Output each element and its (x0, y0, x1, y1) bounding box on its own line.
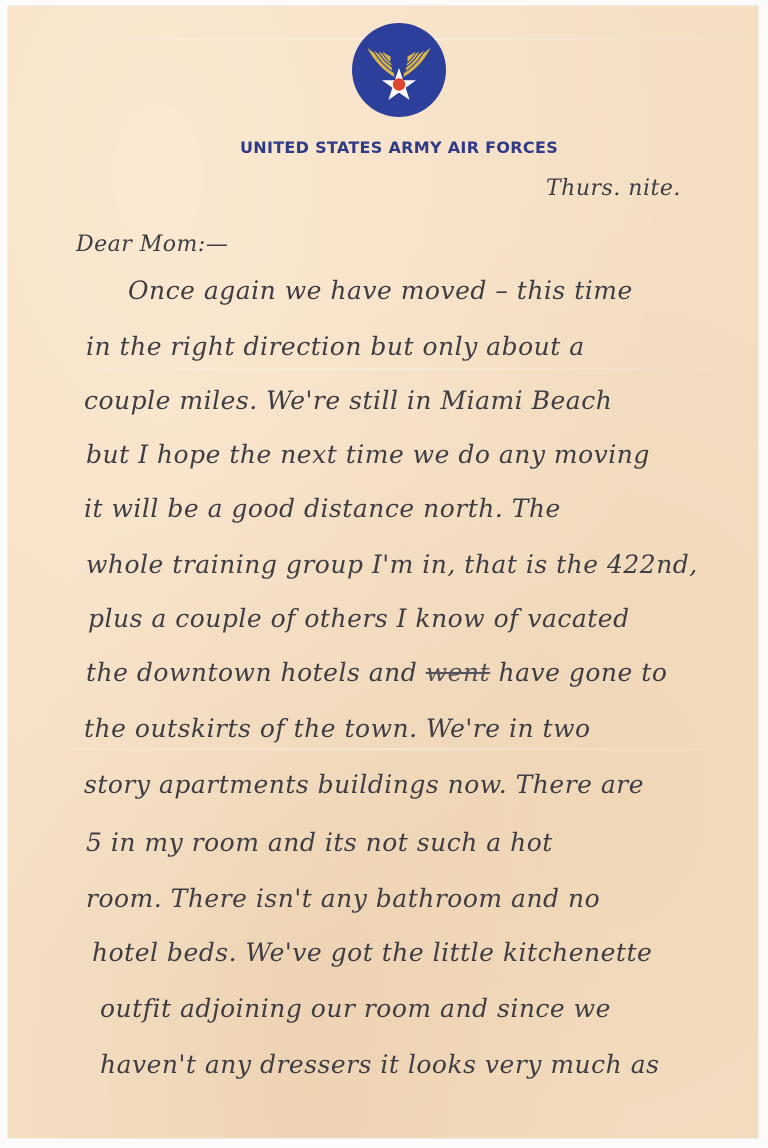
army-air-forces-insignia-icon (351, 22, 447, 118)
letter-line: story apartments buildings now. There ar… (84, 770, 644, 799)
struck-out-word: went (426, 658, 490, 687)
letter-line: it will be a good distance north. The (84, 494, 561, 523)
letter-line: the downtown hotels and went have gone t… (86, 658, 667, 687)
letter-line-text: the downtown hotels and (86, 658, 426, 687)
letter-line: 5 in my room and its not such a hot (86, 828, 553, 857)
letter-line: couple miles. We're still in Miami Beach (84, 386, 612, 415)
letter-line: in the right direction but only about a (86, 332, 585, 361)
letter-line: outfit adjoining our room and since we (100, 994, 611, 1023)
paper-fold-line (8, 368, 758, 370)
letter-line: room. There isn't any bathroom and no (86, 884, 600, 913)
letter-line: Once again we have moved – this time (128, 276, 633, 305)
paper-fold-line (8, 748, 758, 750)
letter-line: whole training group I'm in, that is the… (86, 550, 698, 579)
letter-salutation: Dear Mom:— (76, 232, 228, 257)
letterhead-title: UNITED STATES ARMY AIR FORCES (0, 138, 768, 157)
letter-line: the outskirts of the town. We're in two (84, 714, 591, 743)
letter-line: hotel beds. We've got the little kitchen… (92, 938, 652, 967)
letter-date: Thurs. nite. (546, 176, 681, 201)
letter-line-text: have gone to (490, 658, 667, 687)
letter-line: but I hope the next time we do any movin… (86, 440, 650, 469)
letter-line: plus a couple of others I know of vacate… (88, 604, 630, 633)
letter-line: haven't any dressers it looks very much … (100, 1050, 659, 1079)
